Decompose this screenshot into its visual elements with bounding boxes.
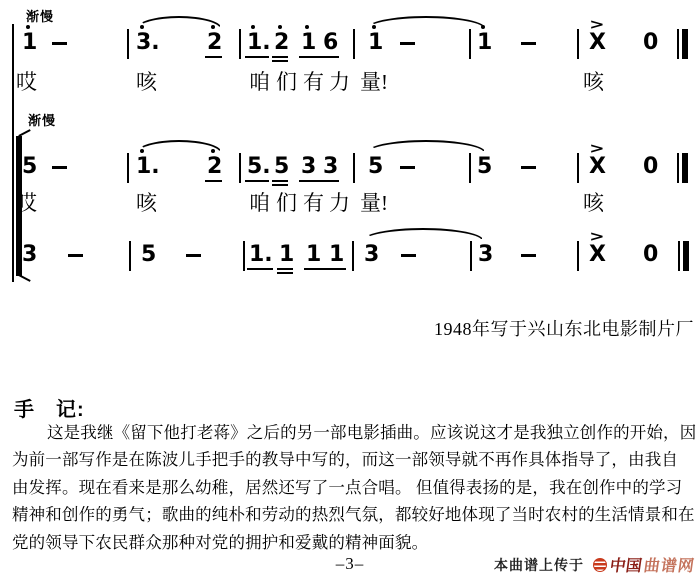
note-glyph: 3 (478, 244, 493, 266)
note-glyph: 1. (136, 156, 160, 178)
lyric-syllable: 量! (360, 66, 388, 96)
tie-arc (136, 140, 222, 153)
sustain-dash (186, 254, 201, 257)
barline (577, 29, 579, 59)
barline (129, 241, 131, 271)
handnote-line: 精神和创作的勇气；歌曲的纯朴和劳动的热烈气氛，都较好地体现了当时农村的生活情景和… (12, 501, 694, 528)
final-barline-thin (677, 29, 679, 59)
handnotes-heading: 手 记: (14, 393, 85, 422)
octave-dot (26, 25, 30, 29)
note-glyph: 0 (643, 244, 658, 266)
tempo-marking: 渐慢 (28, 110, 56, 129)
note-glyph: 1 (22, 32, 37, 54)
barline (239, 29, 241, 59)
handnote-line: 为前一部写作是在陈波儿手把手的教导中写的，而这一部领导就不再作具体指导了，由我自 (12, 446, 694, 473)
note-glyph: 1 (477, 32, 492, 54)
barline (469, 153, 471, 183)
tie-arc (136, 16, 222, 29)
beam-underline (245, 56, 269, 58)
lyric-syllable: 力 (329, 66, 350, 96)
barline (353, 29, 355, 59)
sustain-dash (401, 254, 416, 257)
note-glyph: 0 (643, 32, 658, 54)
handnote-line: 由发挥。现在看来是那么幼稚，居然还写了一点合唱。 但值得表扬的是，我在创作中的学… (12, 474, 694, 501)
beam-underline (299, 180, 339, 182)
beam-underline (304, 268, 346, 270)
lyric-syllable: 量! (360, 187, 388, 217)
note-glyph: X (589, 156, 606, 178)
lyric-syllable: 力 (329, 187, 350, 217)
beam-underline (205, 180, 222, 182)
note-glyph: X (589, 32, 606, 54)
sustain-dash (52, 166, 67, 169)
final-barline-thick (682, 29, 688, 59)
barline (239, 153, 241, 183)
sustain-dash (52, 42, 67, 45)
beam-underline (272, 60, 288, 62)
barline (577, 153, 579, 183)
barline (577, 241, 579, 271)
note-glyph: 2 (207, 156, 222, 178)
barline (127, 29, 129, 59)
note-glyph: 1. (247, 32, 271, 54)
note-glyph: 3 (364, 244, 379, 266)
beam-underline (247, 268, 273, 270)
sustain-dash (521, 254, 536, 257)
bracket-hook-bottom (18, 274, 30, 282)
note-glyph: 1 (301, 32, 316, 54)
note-glyph: 5 (141, 244, 156, 266)
barline (243, 241, 245, 271)
note-glyph: 1 (368, 32, 383, 54)
composition-credit: 1948年写于兴山东北电影制片厂 (434, 315, 694, 341)
accent-mark: > (589, 229, 604, 245)
note-glyph: 0 (643, 156, 658, 178)
lyric-syllable: 有 (303, 187, 324, 217)
note-glyph: 1. (249, 244, 273, 266)
lyric-syllable: 咳 (136, 187, 157, 217)
sustain-dash (68, 254, 83, 257)
sustain-dash (400, 42, 415, 45)
site-name-primary: 中国 (608, 553, 643, 576)
sustain-dash (521, 42, 536, 45)
note-glyph: 1 (279, 244, 294, 266)
tie-arc (362, 228, 484, 241)
sustain-dash (400, 166, 415, 169)
site-logo-icon (593, 558, 607, 572)
note-glyph: 5 (22, 156, 37, 178)
beam-underline (272, 180, 288, 182)
bracket-hook-top (18, 129, 30, 137)
beam-underline (205, 56, 222, 58)
final-barline-thin (677, 153, 679, 183)
note-glyph: 1 (329, 244, 344, 266)
barline (352, 241, 354, 271)
lyric-syllable: 们 (276, 187, 297, 217)
barline (469, 29, 471, 59)
handnotes-paragraph: 这是我继《留下他打老蒋》之后的另一部电影插曲。应该说这才是我独立创作的开始，因 … (12, 419, 694, 556)
lyric-syllable: 们 (276, 66, 297, 96)
beam-underline (299, 56, 339, 58)
beam-underline (272, 184, 288, 186)
watermark-prefix: 本曲谱上传于 (494, 555, 584, 575)
lyric-syllable: 咱 (249, 66, 270, 96)
note-glyph: 2 (274, 32, 289, 54)
final-barline-thick (683, 241, 689, 271)
barline (353, 153, 355, 183)
lyric-syllable: 咳 (136, 66, 157, 96)
note-glyph: 2 (207, 32, 222, 54)
octave-dot (278, 25, 282, 29)
beam-underline (272, 56, 288, 58)
sustain-dash (521, 166, 536, 169)
note-glyph: 5 (368, 156, 383, 178)
handnote-line: 党的领导下农民群众那种对党的拥护和爱戴的精神面貌。 (12, 529, 694, 556)
octave-dot (305, 25, 309, 29)
accent-mark: > (589, 17, 604, 33)
note-glyph: 5. (247, 156, 271, 178)
lyric-syllable: 咱 (249, 187, 270, 217)
note-glyph: 3 (301, 156, 316, 178)
site-name-secondary: 曲谱网 (642, 553, 696, 576)
beam-underline (277, 268, 293, 270)
sheet-music-page: 渐慢13.21.21611X0>哎咳咱们有力量!咳渐慢51.25.53355X0… (0, 0, 700, 582)
tie-arc (366, 140, 486, 153)
barline (127, 153, 129, 183)
lyric-syllable: 咳 (583, 66, 604, 96)
note-glyph: 3. (136, 32, 160, 54)
octave-dot (251, 25, 255, 29)
lyric-syllable: 咳 (583, 187, 604, 217)
handnote-line: 这是我继《留下他打老蒋》之后的另一部电影插曲。应该说这才是我独立创作的开始，因 (12, 419, 694, 446)
lyric-syllable: 哎 (16, 187, 37, 217)
note-glyph: 5 (274, 156, 289, 178)
tempo-marking: 渐慢 (26, 6, 54, 25)
barline (470, 241, 472, 271)
note-glyph: 5 (477, 156, 492, 178)
note-glyph: 3 (22, 244, 37, 266)
note-glyph: 1 (306, 244, 321, 266)
note-glyph: X (589, 244, 606, 266)
lyric-syllable: 有 (303, 66, 324, 96)
beam-underline (245, 180, 269, 182)
watermark: 本曲谱上传于 中国 曲谱网 (494, 553, 695, 576)
accent-mark: > (589, 141, 604, 157)
note-glyph: 6 (323, 32, 338, 54)
final-barline-thick (682, 153, 688, 183)
final-barline-thin (678, 241, 680, 271)
tie-arc (366, 16, 486, 29)
beam-underline (277, 272, 293, 274)
note-glyph: 3 (323, 156, 338, 178)
lyric-syllable: 哎 (16, 66, 37, 96)
system-start-barline (12, 24, 14, 282)
